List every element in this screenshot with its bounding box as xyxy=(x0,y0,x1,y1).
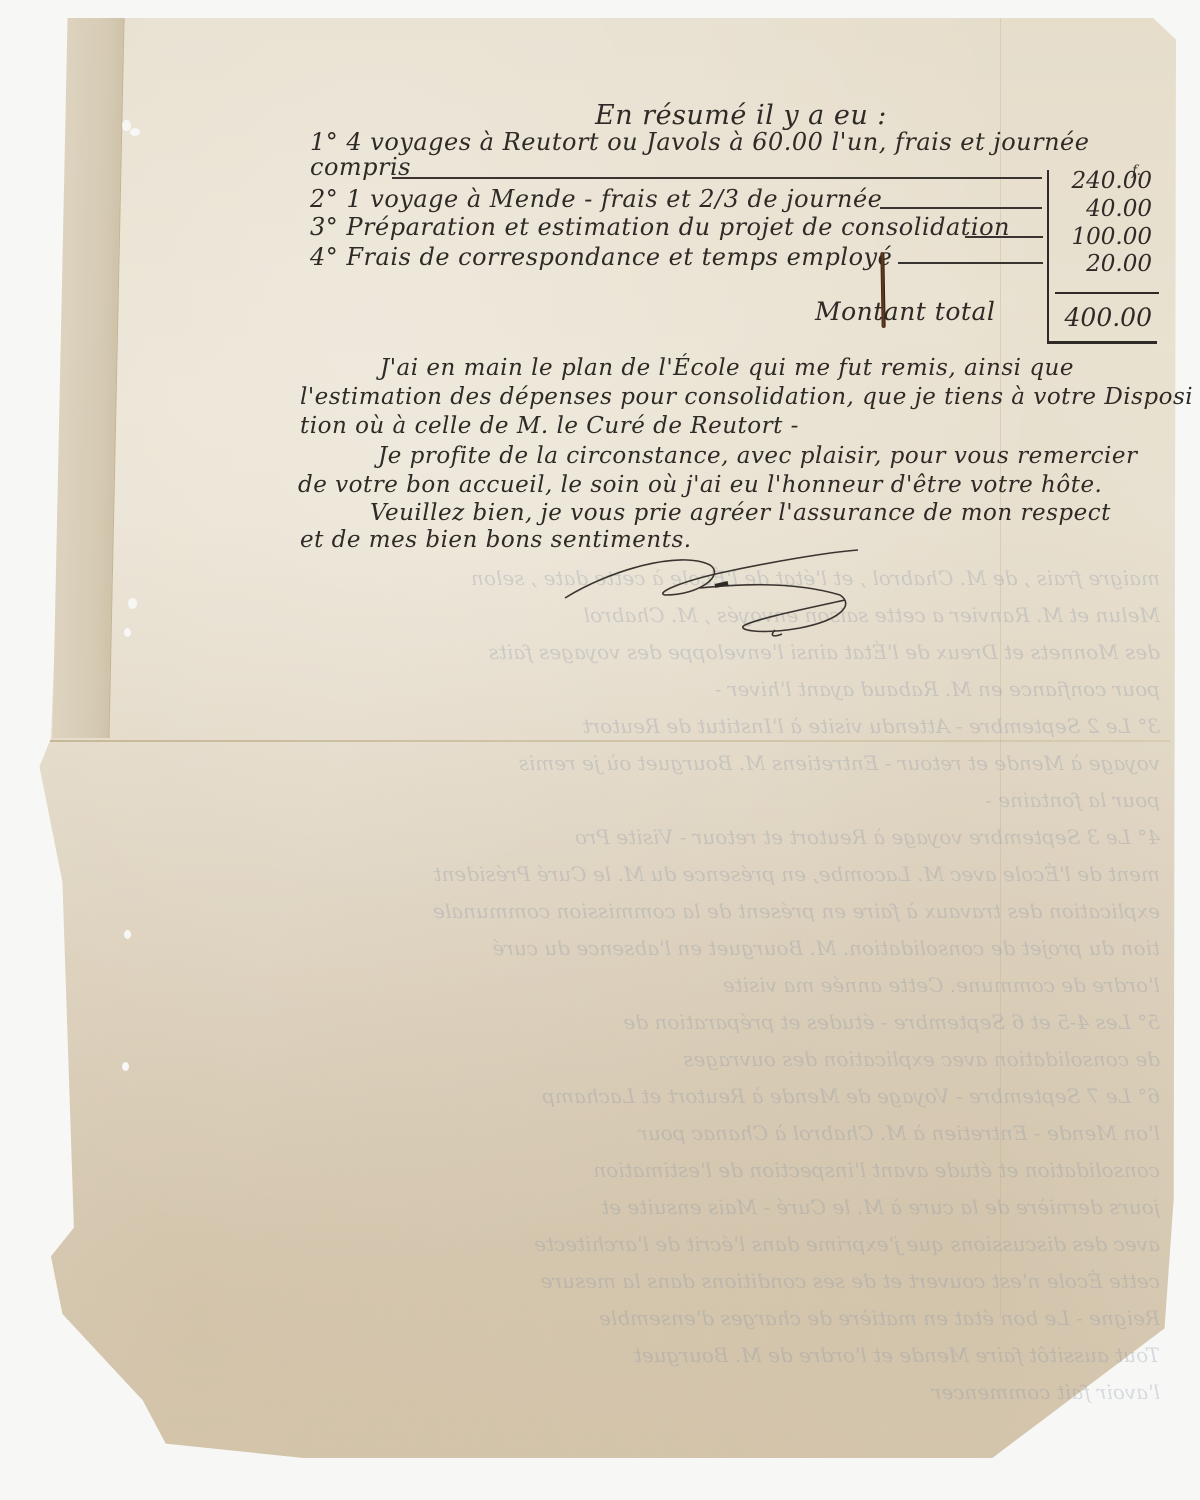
punch-hole xyxy=(128,598,137,609)
item-4-text: 4° Frais de correspondance et temps empl… xyxy=(310,243,892,271)
paragraph-1-line-3: tion où à celle de M. le Curé de Reutort… xyxy=(300,413,799,439)
item-3-amount: 100.00 xyxy=(1062,224,1152,250)
item-2-amount: 40.00 xyxy=(1062,196,1152,222)
item-4-leader-line xyxy=(898,262,1043,264)
item-3-leader-line xyxy=(965,236,1043,238)
punch-hole xyxy=(124,628,131,637)
signature-flourish xyxy=(560,540,860,650)
total-amount: 400.00 xyxy=(1062,303,1152,332)
punch-hole xyxy=(122,1062,129,1071)
item-1-amount: 240.00 xyxy=(1062,168,1152,194)
paragraph-2-line-2: de votre bon accueil, le soin où j'ai eu… xyxy=(298,472,1102,498)
item-1-leader-line xyxy=(392,177,1042,179)
total-double-rule xyxy=(1047,341,1157,344)
bleed-through-text: maigre frais , de M. Chabrol , et l'état… xyxy=(180,560,1160,1411)
item-2-text: 2° 1 voyage à Mende - frais et 2/3 de jo… xyxy=(310,185,882,213)
punch-hole xyxy=(130,128,140,136)
item-1-line-1: 1° 4 voyages à Reutort ou Javols à 60.00… xyxy=(310,128,1089,156)
item-3-text: 3° Préparation et estimation du projet d… xyxy=(310,213,1010,241)
paragraph-1-line-1: J'ai en main le plan de l'École qui me f… xyxy=(380,355,1074,381)
paragraph-3-line-1: Veuillez bien, je vous prie agréer l'ass… xyxy=(370,500,1111,526)
total-label: Montant total xyxy=(815,297,995,326)
summary-heading: En résumé il y a eu : xyxy=(595,100,887,131)
punch-hole xyxy=(124,930,131,939)
item-2-leader-line xyxy=(880,207,1042,209)
paragraph-2-line-1: Je profite de la circonstance, avec plai… xyxy=(378,443,1137,469)
amount-column-rule xyxy=(1047,170,1049,342)
paragraph-1-line-2: l'estimation des dépenses pour consolida… xyxy=(300,384,1193,410)
total-rule xyxy=(1055,292,1159,294)
item-4-amount: 20.00 xyxy=(1062,251,1152,277)
